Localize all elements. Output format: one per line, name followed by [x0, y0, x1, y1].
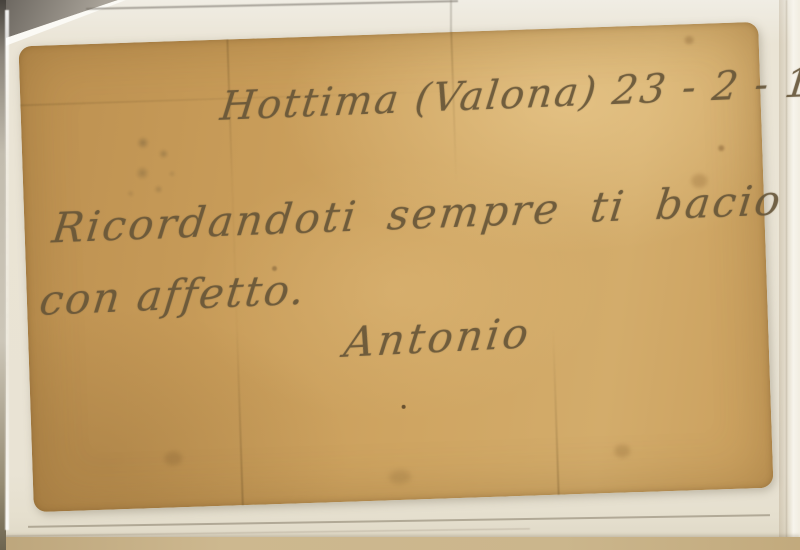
sleeve-edge-line	[28, 514, 770, 527]
handwritten-dateline: Hottima (Valona) 23 - 2 - 1918	[218, 57, 800, 130]
handwritten-signature: Antonio	[341, 308, 534, 367]
stain-spot	[718, 145, 724, 151]
sleeve-top-seam	[86, 0, 458, 10]
stain-spot	[164, 451, 182, 466]
sleeve-seam-mark	[450, 0, 452, 34]
stain-spot	[685, 36, 694, 44]
stain-spot	[389, 470, 411, 485]
table-surface-edge	[0, 537, 800, 550]
stain-spot	[614, 444, 630, 458]
sleeve-left-highlight	[5, 10, 9, 530]
stain-spot	[402, 405, 406, 409]
sleeve-edge-line	[0, 528, 530, 536]
postcard-photo: Hottima (Valona) 23 - 2 - 1918 Ricordand…	[0, 0, 800, 550]
handwritten-message-line-2: con affetto.	[37, 265, 309, 325]
crease-line	[552, 329, 560, 495]
postmark-smudge	[111, 123, 192, 210]
postcard: Hottima (Valona) 23 - 2 - 1918 Ricordand…	[18, 22, 773, 512]
